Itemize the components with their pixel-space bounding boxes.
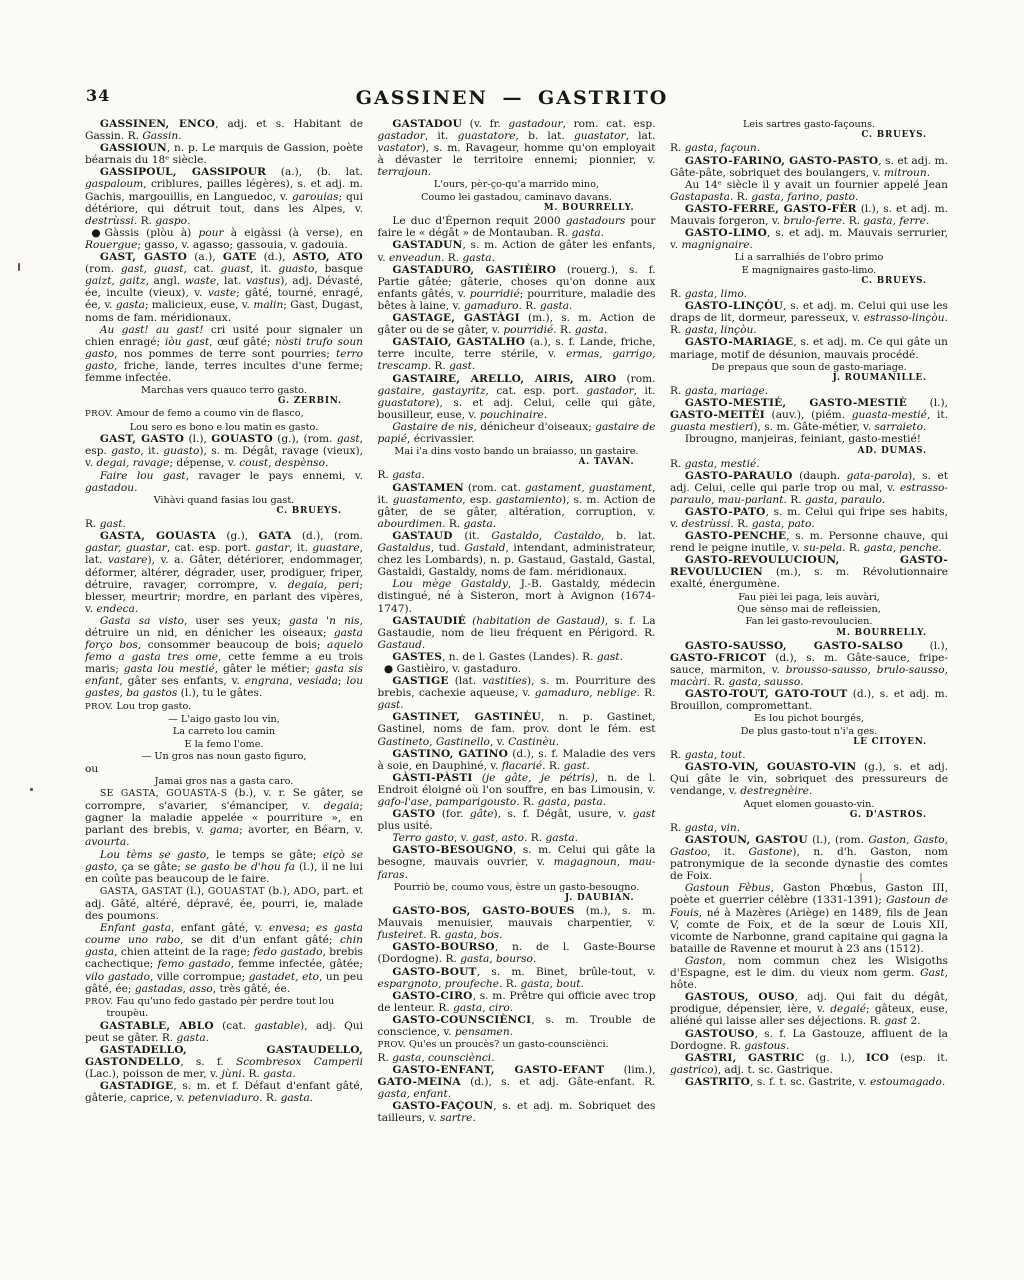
entry-paragraph: Terro gasto, v. gast, asto. R. gasta. bbox=[378, 832, 656, 844]
entry-paragraph: GASTO-MESTIÉ, GASTO-MESTIÈ (l.), GASTO-M… bbox=[670, 397, 948, 433]
entry-paragraph: GASTO-PATO, s. m. Celui qui fripe ses ha… bbox=[670, 506, 948, 530]
entry-paragraph: R. gasta. bbox=[378, 469, 656, 481]
entry-paragraph: GASTO-TOUT, GATO-TOUT (d.), s. et adj. m… bbox=[670, 688, 948, 712]
verse-line: Es lou pichot bourgés, bbox=[670, 713, 948, 724]
verse-line: De plus gasto-tout n'i'a ges. bbox=[670, 726, 948, 737]
running-header: GASSINEN — GASTRITO bbox=[0, 87, 1024, 109]
verse-attribution: G. D'ASTROS. bbox=[670, 810, 948, 821]
verse-attribution: C. BRUEYS. bbox=[670, 276, 948, 287]
entry-paragraph: GASTOUS, OUSO, adj. Qui fait du dégât, p… bbox=[670, 991, 948, 1027]
verse-attribution: A. TAVAN. bbox=[378, 457, 656, 468]
entry-paragraph: GASTABLE, ABLO (cat. gastable), adj. Qui… bbox=[85, 1020, 363, 1044]
entry-paragraph: GASTAUDIÉ (habitation de Gastaud), s. f.… bbox=[378, 615, 656, 651]
entry-paragraph: GASTES, n. de l. Gastes (Landes). R. gas… bbox=[378, 651, 656, 663]
proverb-line: PROV. Qu'es un proucès? un gasto-counsci… bbox=[378, 1039, 656, 1051]
entry-paragraph: GASTO-CIRO, s. m. Prêtre qui officie ave… bbox=[378, 990, 656, 1014]
verse-line: Fan lei gasto-revoulucien. bbox=[670, 616, 948, 627]
entry-paragraph: GASTO-FARINO, GASTO-PASTO, s. et adj. m.… bbox=[670, 155, 948, 179]
entry-paragraph: GASTO-SAUSSO, GASTO-SALSO (l.), GASTO-FR… bbox=[670, 640, 948, 688]
entry-paragraph: GASSIOUN, n. p. Le marquis de Gassion, p… bbox=[85, 142, 363, 166]
entry-paragraph: R. gasta, façoun. bbox=[670, 142, 948, 154]
entry-paragraph: GASTINO, GATINO (d.), s. f. Maladie des … bbox=[378, 748, 656, 772]
verse-line: — Un gros nas noun gasto figuro, bbox=[85, 751, 363, 762]
entry-paragraph: Lou mège Gastaldy, J.-B. Gastaldy, médec… bbox=[378, 578, 656, 614]
entry-paragraph: GASTO-MARIAGE, s. et adj. m. Ce qui gâte… bbox=[670, 336, 948, 360]
verse-attribution: M. BOURRELLY. bbox=[670, 628, 948, 639]
entry-paragraph: GASTO-PARAULO (dauph. gata-parola), s. e… bbox=[670, 470, 948, 506]
entry-paragraph: GASTO-REVOULUCIOUN, GASTO-REVOULUCIEN (m… bbox=[670, 554, 948, 590]
entry-paragraph: GASTO-VIN, GOUASTO-VIN (g.), s. et adj. … bbox=[670, 761, 948, 797]
verse-line: L'ours, pèr-ço-qu'a marrido mino, bbox=[378, 179, 656, 190]
verse-line: Jamai gros nas a gasta caro. bbox=[85, 776, 363, 787]
entry-paragraph: GASTADELLO, GASTAUDELLO, GASTONDELLO, s.… bbox=[85, 1044, 363, 1080]
verse-line: Mai i'a dins vosto bando un braiasso, un… bbox=[378, 446, 656, 457]
verse-line: Fau pièi lei paga, leis auvàri, bbox=[670, 592, 948, 603]
entry-paragraph: Gastaire de nis, dénicheur d'oiseaux; ga… bbox=[378, 421, 656, 445]
entry-paragraph: ●Gàssis (plòu à) pour à eigàssi (à verse… bbox=[85, 227, 363, 251]
entry-paragraph: GASTADIGE, s. m. et f. Défaut d'enfant g… bbox=[85, 1080, 363, 1104]
verse-attribution: C. BRUEYS. bbox=[670, 130, 948, 141]
entry-paragraph: Au gast! au gast! cri usité pour signale… bbox=[85, 324, 363, 384]
column-3: Leis sartres gasto-façouns.C. BRUEYS.R. … bbox=[670, 118, 948, 1124]
proverb-line: PROV. Amour de femo a coumo vin de flasc… bbox=[85, 408, 363, 420]
verse-attribution: M. BOURRELLY. bbox=[378, 203, 656, 214]
entry-paragraph: GASTO-BOUT, s. m. Binet, brûle-tout, v. … bbox=[378, 966, 656, 990]
verse-line: E magnignaires gasto-limo. bbox=[670, 265, 948, 276]
entry-paragraph: Au 14ᵉ siècle il y avait un fournier app… bbox=[670, 179, 948, 203]
entry-paragraph: GASTINET, GASTINÈU, n. p. Gastinet, Gast… bbox=[378, 711, 656, 747]
text-columns: GASSINEN, ENCO, adj. et s. Habitant de G… bbox=[85, 118, 948, 1124]
verse-attribution: C. BRUEYS. bbox=[85, 506, 363, 517]
entry-paragraph: GASSIPOUL, GASSIPOUR (a.), (b. lat. gasp… bbox=[85, 166, 363, 226]
verse-attribution: AD. DUMAS. bbox=[670, 446, 948, 457]
verse-attribution: J. ROUMANILLE. bbox=[670, 373, 948, 384]
entry-paragraph: GASTO-BESOUGNO, s. m. Celui qui gâte la … bbox=[378, 844, 656, 880]
entry-paragraph: GAST, GASTO (a.), GATE (d.), ASTO, ATO (… bbox=[85, 251, 363, 324]
entry-paragraph: GASTIGE (lat. vastities), s. m. Pourritu… bbox=[378, 675, 656, 711]
entry-paragraph: GASTOUSO, s. f. La Gastouze, affluent de… bbox=[670, 1028, 948, 1052]
proverb-line: PROV. Lou trop gasto. bbox=[85, 701, 363, 713]
verse-line: — L'aigo gasto lou vin, bbox=[85, 714, 363, 725]
verse-attribution: J. DAUBIAN. bbox=[378, 893, 656, 904]
entry-paragraph: ● Gastièiro, v. gastaduro. bbox=[378, 663, 656, 675]
entry-paragraph: GASTRITO, s. f. t. sc. Gastrite, v. esto… bbox=[670, 1076, 948, 1088]
entry-paragraph: GASTO-BOURSO, n. de l. Gaste-Bourse (Dor… bbox=[378, 941, 656, 965]
entry-paragraph: R. gasta, vin. bbox=[670, 822, 948, 834]
verse-attribution: G. ZERBIN. bbox=[85, 396, 363, 407]
verse-line: Vihàvi quand fasias lou gast. bbox=[85, 495, 363, 506]
entry-paragraph: GASTADOU (v. fr. gastadour, rom. cat. es… bbox=[378, 118, 656, 178]
entry-paragraph: R. gasta, mestié. bbox=[670, 458, 948, 470]
entry-paragraph: Gasta sa visto, user ses yeux; gasta 'n … bbox=[85, 615, 363, 700]
entry-paragraph: Lou tèms se gasto, le temps se gâte; eiç… bbox=[85, 849, 363, 885]
entry-paragraph: R. gasta, limo. bbox=[670, 288, 948, 300]
entry-paragraph: GASSINEN, ENCO, adj. et s. Habitant de G… bbox=[85, 118, 363, 142]
verse-line: De prepaus que soun de gasto-mariage. bbox=[670, 362, 948, 373]
scan-speck bbox=[18, 263, 20, 271]
entry-paragraph: GASTAUD (it. Gastaldo, Castaldo, b. lat.… bbox=[378, 530, 656, 578]
entry-paragraph: GÀSTI-PÀSTI (je gâte, je pétris), n. de … bbox=[378, 772, 656, 808]
entry-paragraph: GASTA, GASTAT (l.), GOUASTAT (b.), ADO, … bbox=[85, 885, 363, 922]
verse-line: La carreto lou camin bbox=[85, 726, 363, 737]
verse-line: Marchas vers quauco terro gasto. bbox=[85, 385, 363, 396]
entry-paragraph: GAST, GASTO (l.), GOUASTO (g.), (rom. ga… bbox=[85, 433, 363, 469]
entry-paragraph: Le duc d'Épernon requit 2000 gastadours … bbox=[378, 215, 656, 239]
verse-line: Lou sero es bono e lou matin es gasto. bbox=[85, 422, 363, 433]
entry-paragraph: R. gasta, mariage. bbox=[670, 385, 948, 397]
verse-line: E la femo l'ome. bbox=[85, 739, 363, 750]
entry-paragraph: SE GASTA, GOUASTA-S (b.), v. r. Se gâter… bbox=[85, 787, 363, 848]
entry-paragraph: GASTAGE, GASTÀGI (m.), s. m. Action de g… bbox=[378, 312, 656, 336]
entry-paragraph: GASTADUN, s. m. Action de gâter les enfa… bbox=[378, 239, 656, 263]
verse-line: Coumo lei gastadou, caminavo davans. bbox=[378, 192, 656, 203]
entry-paragraph: R. gast. bbox=[85, 518, 363, 530]
entry-paragraph: GASTAIRE, ARELLO, AIRIS, AIRO (rom. gast… bbox=[378, 373, 656, 421]
entry-paragraph: GASTO-PENCHE, s. m. Personne chauve, qui… bbox=[670, 530, 948, 554]
scan-speck bbox=[30, 788, 33, 791]
proverb-line: PROV. Fau qu'uno fedo gastado pèr perdre… bbox=[85, 996, 363, 1020]
entry-paragraph: ou bbox=[85, 763, 363, 775]
entry-paragraph: GASTO-LINÇÒU, s. et adj. m. Celui qui us… bbox=[670, 300, 948, 336]
verse-line: Leis sartres gasto-façouns. bbox=[670, 119, 948, 130]
verse-line: Pourriò be, coumo vous, èstre un gasto-b… bbox=[378, 882, 656, 893]
entry-paragraph: Ibrougno, manjeiras, feiniant, gasto-mes… bbox=[670, 433, 948, 445]
entry-paragraph: GASTOUN, GASTOU (l.), (rom. Gaston, Gast… bbox=[670, 834, 948, 882]
entry-paragraph: GASTO-ENFANT, GASTO-EFANT (lim.), GATO-M… bbox=[378, 1064, 656, 1100]
entry-paragraph: Enfant gasta, enfant gâté, v. envesa; es… bbox=[85, 922, 363, 995]
entry-paragraph: Gastoun Fèbus, Gaston Phœbus, Gaston III… bbox=[670, 882, 948, 955]
entry-paragraph: GASTO (for. gâte), s. f. Dégât, usure, v… bbox=[378, 808, 656, 832]
entry-paragraph: GASTAMEN (rom. cat. gastament, guastamen… bbox=[378, 482, 656, 530]
entry-paragraph: R. gasta, tout. bbox=[670, 749, 948, 761]
entry-paragraph: GASTA, GOUASTA (g.), GATA (d.), (rom. ga… bbox=[85, 530, 363, 615]
entry-paragraph: GASTO-LIMO, s. et adj. m. Mauvais serrur… bbox=[670, 227, 948, 251]
entry-paragraph: GASTO-COUNSCIÈNCI, s. m. Trouble de cons… bbox=[378, 1014, 656, 1038]
entry-paragraph: GASTO-FERRE, GASTO-FÈR (l.), s. et adj. … bbox=[670, 203, 948, 227]
entry-paragraph: GASTO-FAÇOUN, s. et adj. m. Sobriquet de… bbox=[378, 1100, 656, 1124]
entry-paragraph: GASTRI, GASTRIC (g. l.), ICO (esp. it. g… bbox=[670, 1052, 948, 1076]
column-1: GASSINEN, ENCO, adj. et s. Habitant de G… bbox=[85, 118, 363, 1124]
entry-paragraph: R. gasta, counsciènci. bbox=[378, 1052, 656, 1064]
entry-paragraph: GASTAIO, GASTALHO (a.), s. f. Lande, fri… bbox=[378, 336, 656, 372]
entry-paragraph: Gaston, nom commun chez les Wisigoths d'… bbox=[670, 955, 948, 991]
verse-line: Li a sarralhiés de l'obro primo bbox=[670, 252, 948, 263]
verse-line: Que sènso mai de refleissien, bbox=[670, 604, 948, 615]
verse-attribution: LE CITOYEN. bbox=[670, 737, 948, 748]
entry-paragraph: GASTADURO, GASTIÈIRO (rouerg.), s. f. Pa… bbox=[378, 264, 656, 312]
entry-paragraph: GASTO-BOS, GASTO-BOUES (m.), s. m. Mauva… bbox=[378, 905, 656, 941]
verse-line: Aquet elomen gouasto-vin. bbox=[670, 799, 948, 810]
column-2: GASTADOU (v. fr. gastadour, rom. cat. es… bbox=[378, 118, 656, 1124]
dictionary-page: 34 GASSINEN — GASTRITO GASSINEN, ENCO, a… bbox=[0, 0, 1024, 1280]
entry-paragraph: Faire lou gast, ravager le pays ennemi, … bbox=[85, 470, 363, 494]
